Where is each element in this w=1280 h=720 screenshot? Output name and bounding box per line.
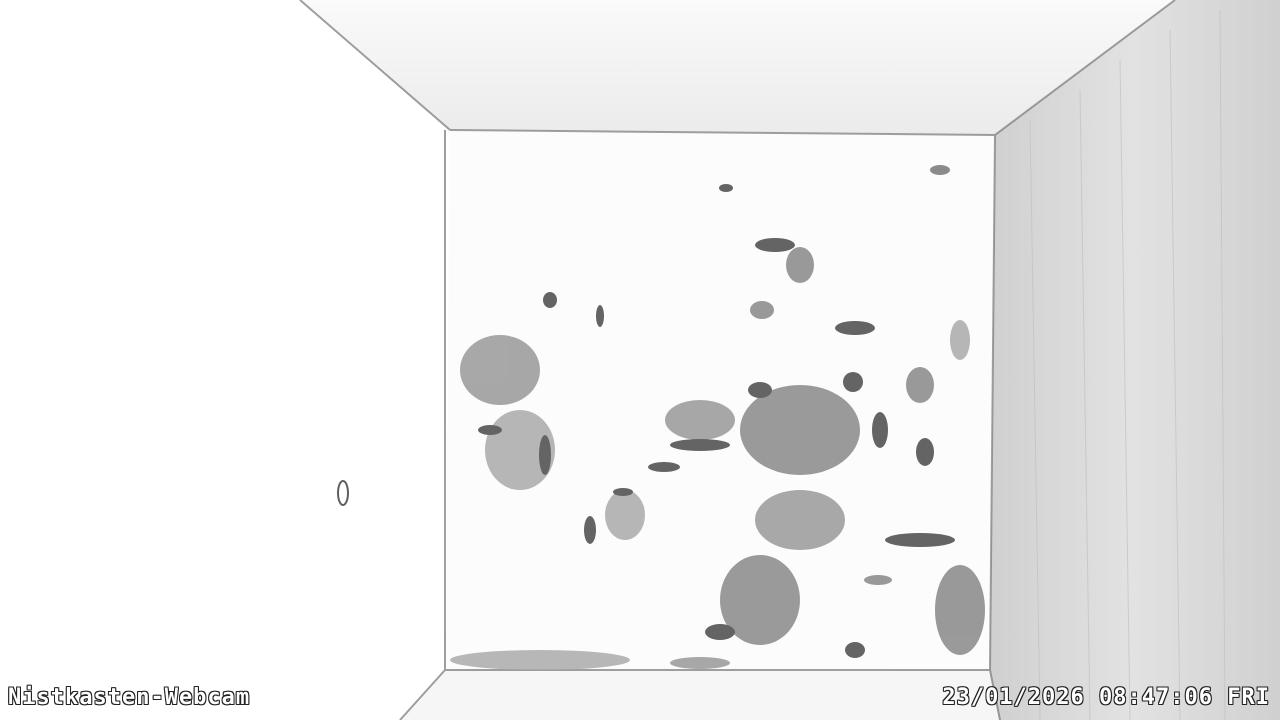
camera-name-label: Nistkasten-Webcam xyxy=(8,685,250,710)
nest-box-interior xyxy=(0,0,1280,720)
webcam-frame: Nistkasten-Webcam 23/01/2026 08:47:06 FR… xyxy=(0,0,1280,720)
weekday-label: FRI xyxy=(1227,685,1270,710)
left-wall xyxy=(0,0,450,720)
time-label: 08:47:06 xyxy=(1099,685,1213,710)
bottom-wall xyxy=(400,670,1000,720)
timestamp-label: 23/01/2026 08:47:06 FRI xyxy=(942,685,1270,710)
date-label: 23/01/2026 xyxy=(942,685,1084,710)
